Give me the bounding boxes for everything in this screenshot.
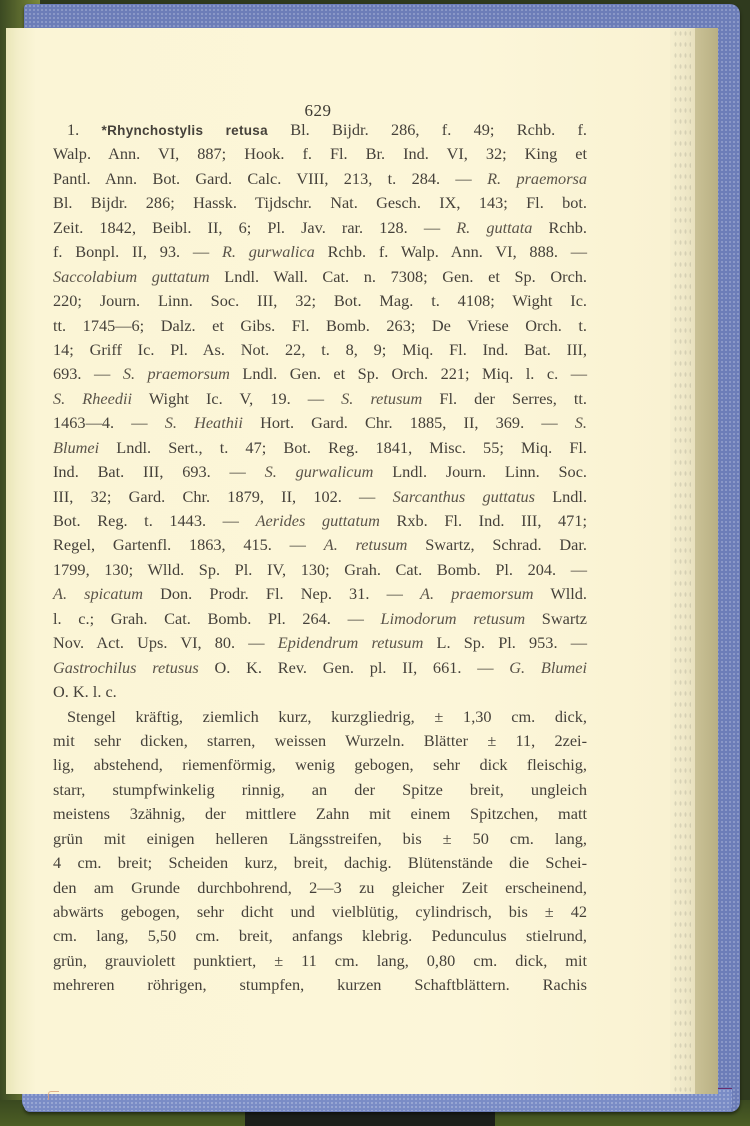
- bold-species-name: *Rhynchostylis retusa: [102, 123, 268, 138]
- italic-taxon: G. Blumei: [509, 658, 587, 677]
- text-segment: 1463—4. —: [53, 413, 165, 432]
- text-line: grün, grauviolett punktiert, ± 11 cm. la…: [53, 949, 587, 973]
- text-segment: grün, grauviolett punktiert, ± 11 cm. la…: [53, 951, 587, 970]
- text-segment: Lndl. Sert., t. 47; Bot. Reg. 1841, Misc…: [99, 438, 587, 457]
- text-line: Bot. Reg. t. 1443. — Aerides guttatum Rx…: [53, 509, 587, 533]
- text-segment: meistens 3zähnig, der mittlere Zahn mit …: [53, 804, 587, 823]
- text-segment: Stengel kräftig, ziemlich kurz, kurzglie…: [67, 707, 587, 726]
- text-line: Pantl. Ann. Bot. Gard. Calc. VIII, 213, …: [53, 167, 587, 191]
- text-line: Bl. Bijdr. 286; Hassk. Tijdschr. Nat. Ge…: [53, 191, 587, 215]
- text-segment: 1799, 130; Wlld. Sp. Pl. IV, 130; Grah. …: [53, 560, 587, 579]
- italic-taxon: Aerides guttatum: [256, 511, 380, 530]
- text-segment: grün mit einigen helleren Längsstreifen,…: [53, 829, 587, 848]
- text-segment: Ind. Bat. III, 693. —: [53, 462, 265, 481]
- text-segment: Swartz, Schrad. Dar.: [407, 535, 587, 554]
- text-line: S. Rheedii Wight Ic. V, 19. — S. retusum…: [53, 387, 587, 411]
- text-line: 220; Journ. Linn. Soc. III, 32; Bot. Mag…: [53, 289, 587, 313]
- text-line: Blumei Lndl. Sert., t. 47; Bot. Reg. 184…: [53, 436, 587, 460]
- text-line: mit sehr dicken, starren, weissen Wurzel…: [53, 729, 587, 753]
- text-line: III, 32; Gard. Chr. 1879, II, 102. — Sar…: [53, 485, 587, 509]
- text-line: 1. *Rhynchostylis retusa Bl. Bijdr. 286,…: [53, 118, 587, 142]
- text-segment: Walp. Ann. VI, 887; Hook. f. Fl. Br. Ind…: [53, 144, 587, 163]
- text-segment: O. K. l. c.: [53, 682, 117, 701]
- text-segment: O. K. Rev. Gen. pl. II, 661. —: [199, 658, 510, 677]
- text-segment: 693. —: [53, 364, 123, 383]
- italic-taxon: S. Rheedii: [53, 389, 132, 408]
- text-segment: L. Sp. Pl. 953. —: [423, 633, 587, 652]
- text-segment: cm. lang, 5,50 cm. breit, anfangs klebri…: [53, 926, 587, 945]
- text-line: Zeit. 1842, Beibl. II, 6; Pl. Jav. rar. …: [53, 216, 587, 240]
- italic-taxon: R. gurwalica: [222, 242, 315, 261]
- pencil-mark: [48, 1091, 59, 1100]
- text-segment: Wlld.: [534, 584, 588, 603]
- text-segment: l. c.; Grah. Cat. Bomb. Pl. 264. —: [53, 609, 381, 628]
- text-line: f. Bonpl. II, 93. — R. gurwalica Rchb. f…: [53, 240, 587, 264]
- text-segment: abwärts gebogen, sehr dicht und vielblüt…: [53, 902, 587, 921]
- text-line: 14; Griff Ic. Pl. As. Not. 22, t. 8, 9; …: [53, 338, 587, 362]
- text-line: meistens 3zähnig, der mittlere Zahn mit …: [53, 802, 587, 826]
- text-segment: Lndl. Journ. Linn. Soc.: [373, 462, 587, 481]
- italic-taxon: R. praemorsa: [487, 169, 587, 188]
- text-line: 4 cm. breit; Scheiden kurz, breit, dachi…: [53, 851, 587, 875]
- text-line: Gastrochilus retusus O. K. Rev. Gen. pl.…: [53, 656, 587, 680]
- text-line: abwärts gebogen, sehr dicht und vielblüt…: [53, 900, 587, 924]
- text-line: mehreren röhrigen, stumpfen, kurzen Scha…: [53, 973, 587, 997]
- italic-taxon: Blumei: [53, 438, 99, 457]
- book-page: 629 1. *Rhynchostylis retusa Bl. Bijdr. …: [6, 28, 670, 1094]
- text-segment: Hort. Gard. Chr. 1885, II, 369. —: [243, 413, 575, 432]
- text-segment: Rxb. Fl. Ind. III, 471;: [380, 511, 587, 530]
- text-line: Walp. Ann. VI, 887; Hook. f. Fl. Br. Ind…: [53, 142, 587, 166]
- text-line: Saccolabium guttatum Lndl. Wall. Cat. n.…: [53, 265, 587, 289]
- text-segment: Bl. Bijdr. 286; Hassk. Tijdschr. Nat. Ge…: [53, 193, 587, 212]
- text-segment: lig, abstehend, riemenförmig, wenig gebo…: [53, 755, 587, 774]
- text-line: Regel, Gartenfl. 1863, 415. — A. retusum…: [53, 533, 587, 557]
- text-line: Nov. Act. Ups. VI, 80. — Epidendrum retu…: [53, 631, 587, 655]
- text-line: A. spicatum Don. Prodr. Fl. Nep. 31. — A…: [53, 582, 587, 606]
- italic-taxon: Saccolabium guttatum: [53, 267, 210, 286]
- text-segment: tt. 1745—6; Dalz. et Gibs. Fl. Bomb. 263…: [53, 316, 587, 335]
- text-segment: Bl. Bijdr. 286, f. 49; Rchb. f.: [268, 120, 587, 139]
- italic-taxon: Gastrochilus retusus: [53, 658, 199, 677]
- text-segment: Rchb. f. Walp. Ann. VI, 888. —: [315, 242, 587, 261]
- italic-taxon: S.: [575, 413, 587, 432]
- text-segment: Pantl. Ann. Bot. Gard. Calc. VIII, 213, …: [53, 169, 487, 188]
- text-segment: Lndl.: [535, 487, 587, 506]
- text-segment: Swartz: [525, 609, 587, 628]
- italic-taxon: S. praemorsum: [123, 364, 230, 383]
- text-segment: Wight Ic. V, 19. —: [132, 389, 341, 408]
- text-segment: starr, stumpfwinkelig rinnig, an der Spi…: [53, 780, 587, 799]
- italic-taxon: Epidendrum retusum: [278, 633, 424, 652]
- italic-taxon: S. gurwalicum: [265, 462, 374, 481]
- text-segment: 14; Griff Ic. Pl. As. Not. 22, t. 8, 9; …: [53, 340, 587, 359]
- text-segment: Fl. der Serres, tt.: [422, 389, 587, 408]
- italic-taxon: S. Heathii: [165, 413, 243, 432]
- text-segment: 220; Journ. Linn. Soc. III, 32; Bot. Mag…: [53, 291, 587, 310]
- text-segment: Lndl. Gen. et Sp. Orch. 221; Miq. l. c. …: [230, 364, 587, 383]
- text-segment: f. Bonpl. II, 93. —: [53, 242, 222, 261]
- page-text: 1. *Rhynchostylis retusa Bl. Bijdr. 286,…: [53, 118, 587, 998]
- text-segment: Zeit. 1842, Beibl. II, 6; Pl. Jav. rar. …: [53, 218, 456, 237]
- text-line: tt. 1745—6; Dalz. et Gibs. Fl. Bomb. 263…: [53, 314, 587, 338]
- text-line: cm. lang, 5,50 cm. breit, anfangs klebri…: [53, 924, 587, 948]
- italic-taxon: Sarcanthus guttatus: [393, 487, 535, 506]
- italic-taxon: Limodorum retusum: [381, 609, 526, 628]
- text-segment: den am Grunde durchbohrend, 2—3 zu gleic…: [53, 878, 587, 897]
- text-line: lig, abstehend, riemenförmig, wenig gebo…: [53, 753, 587, 777]
- text-line: 693. — S. praemorsum Lndl. Gen. et Sp. O…: [53, 362, 587, 386]
- italic-taxon: A. retusum: [324, 535, 408, 554]
- italic-taxon: A. praemorsum: [420, 584, 534, 603]
- text-line: 1799, 130; Wlld. Sp. Pl. IV, 130; Grah. …: [53, 558, 587, 582]
- text-segment: Nov. Act. Ups. VI, 80. —: [53, 633, 278, 652]
- text-line: den am Grunde durchbohrend, 2—3 zu gleic…: [53, 876, 587, 900]
- text-line: 1463—4. — S. Heathii Hort. Gard. Chr. 18…: [53, 411, 587, 435]
- text-segment: Lndl. Wall. Cat. n. 7308; Gen. et Sp. Or…: [210, 267, 587, 286]
- text-segment: Rchb.: [532, 218, 587, 237]
- italic-taxon: R. guttata: [456, 218, 532, 237]
- page-stack-edge: [668, 28, 695, 1094]
- text-segment: 4 cm. breit; Scheiden kurz, breit, dachi…: [53, 853, 587, 872]
- italic-taxon: A. spicatum: [53, 584, 143, 603]
- text-segment: Don. Prodr. Fl. Nep. 31. —: [143, 584, 420, 603]
- text-line: l. c.; Grah. Cat. Bomb. Pl. 264. — Limod…: [53, 607, 587, 631]
- text-segment: Bot. Reg. t. 1443. —: [53, 511, 256, 530]
- text-segment: III, 32; Gard. Chr. 1879, II, 102. —: [53, 487, 393, 506]
- text-segment: 1.: [67, 120, 102, 139]
- text-line: grün mit einigen helleren Längsstreifen,…: [53, 827, 587, 851]
- text-segment: mehreren röhrigen, stumpfen, kurzen Scha…: [53, 975, 587, 994]
- text-line: O. K. l. c.: [53, 680, 587, 704]
- text-segment: mit sehr dicken, starren, weissen Wurzel…: [53, 731, 587, 750]
- text-line: Stengel kräftig, ziemlich kurz, kurzglie…: [53, 705, 587, 729]
- text-line: starr, stumpfwinkelig rinnig, an der Spi…: [53, 778, 587, 802]
- text-line: Ind. Bat. III, 693. — S. gurwalicum Lndl…: [53, 460, 587, 484]
- italic-taxon: S. retusum: [341, 389, 422, 408]
- text-segment: Regel, Gartenfl. 1863, 415. —: [53, 535, 324, 554]
